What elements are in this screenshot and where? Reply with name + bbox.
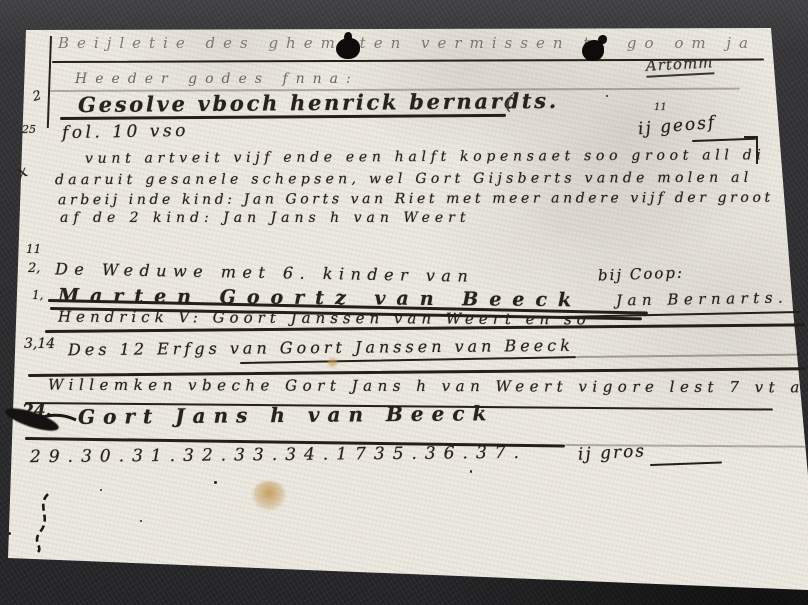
bernarts-name: Jan Bernarts. <box>616 290 788 308</box>
stain-small <box>328 358 337 367</box>
cito-note: Artomm <box>646 55 714 78</box>
willemken-line: Willemken vbeche Gort Jans h van Weert v… <box>48 378 805 396</box>
numbers-line: 29.30.31.32.33.34.1735.36.37. <box>30 445 527 466</box>
paragraph-line-1: vunt artveit vijf ende een halft kopensa… <box>85 148 766 166</box>
margin-number-2b: 2, <box>28 262 40 275</box>
paragraph-line-4: af de 2 kind: Jan Jans h van Weert <box>60 211 471 225</box>
punch-hole-ink-blob-left-tip <box>344 32 352 42</box>
speck <box>8 532 11 535</box>
numbers-fee: ij gros <box>578 443 647 464</box>
title-line: Gesolve vboch henrick bernardts. <box>78 90 559 115</box>
ink-squiggle <box>28 492 54 554</box>
stain <box>252 481 286 511</box>
photo-background: Beijletie des ghemeten vermissen te go o… <box>0 0 808 605</box>
purchase-note: bij Coop: <box>598 266 684 284</box>
fee-note-small: 11 <box>654 103 667 113</box>
erfgen-line: Des 12 Erfgs van Goort Janssen van Beeck <box>68 338 574 358</box>
speck <box>606 95 608 97</box>
margin-number-11: 11 <box>26 243 41 255</box>
speck <box>140 520 142 522</box>
paragraph-line-2: daaruit gesanele schepsen, wel Gort Gijs… <box>55 171 753 187</box>
faded-subheader-line: Heeder godes fnna: <box>75 72 359 86</box>
margin-number-1: 1, <box>32 289 43 301</box>
margin-number-25: 25 <box>22 124 36 135</box>
speck <box>214 481 217 484</box>
title-bracket: ( <box>505 92 513 112</box>
margin-number-3-14: 3,14 <box>24 337 55 351</box>
punch-hole-ink-blob-right-tip <box>598 35 607 44</box>
paragraph-line-3: arbeij inde kind: Jan Gorts van Riet met… <box>58 191 774 207</box>
gort-line: Gort Jans h van Beeck <box>78 403 494 427</box>
header-line: Beijletie des ghemeten vermissen te go o… <box>58 36 756 51</box>
hendrick-line: Hendrick V: Goort Janssen van Weert en s… <box>58 310 591 328</box>
folio-label: fol. 10 vso <box>62 123 189 142</box>
speck <box>100 489 102 491</box>
speck <box>470 470 472 473</box>
